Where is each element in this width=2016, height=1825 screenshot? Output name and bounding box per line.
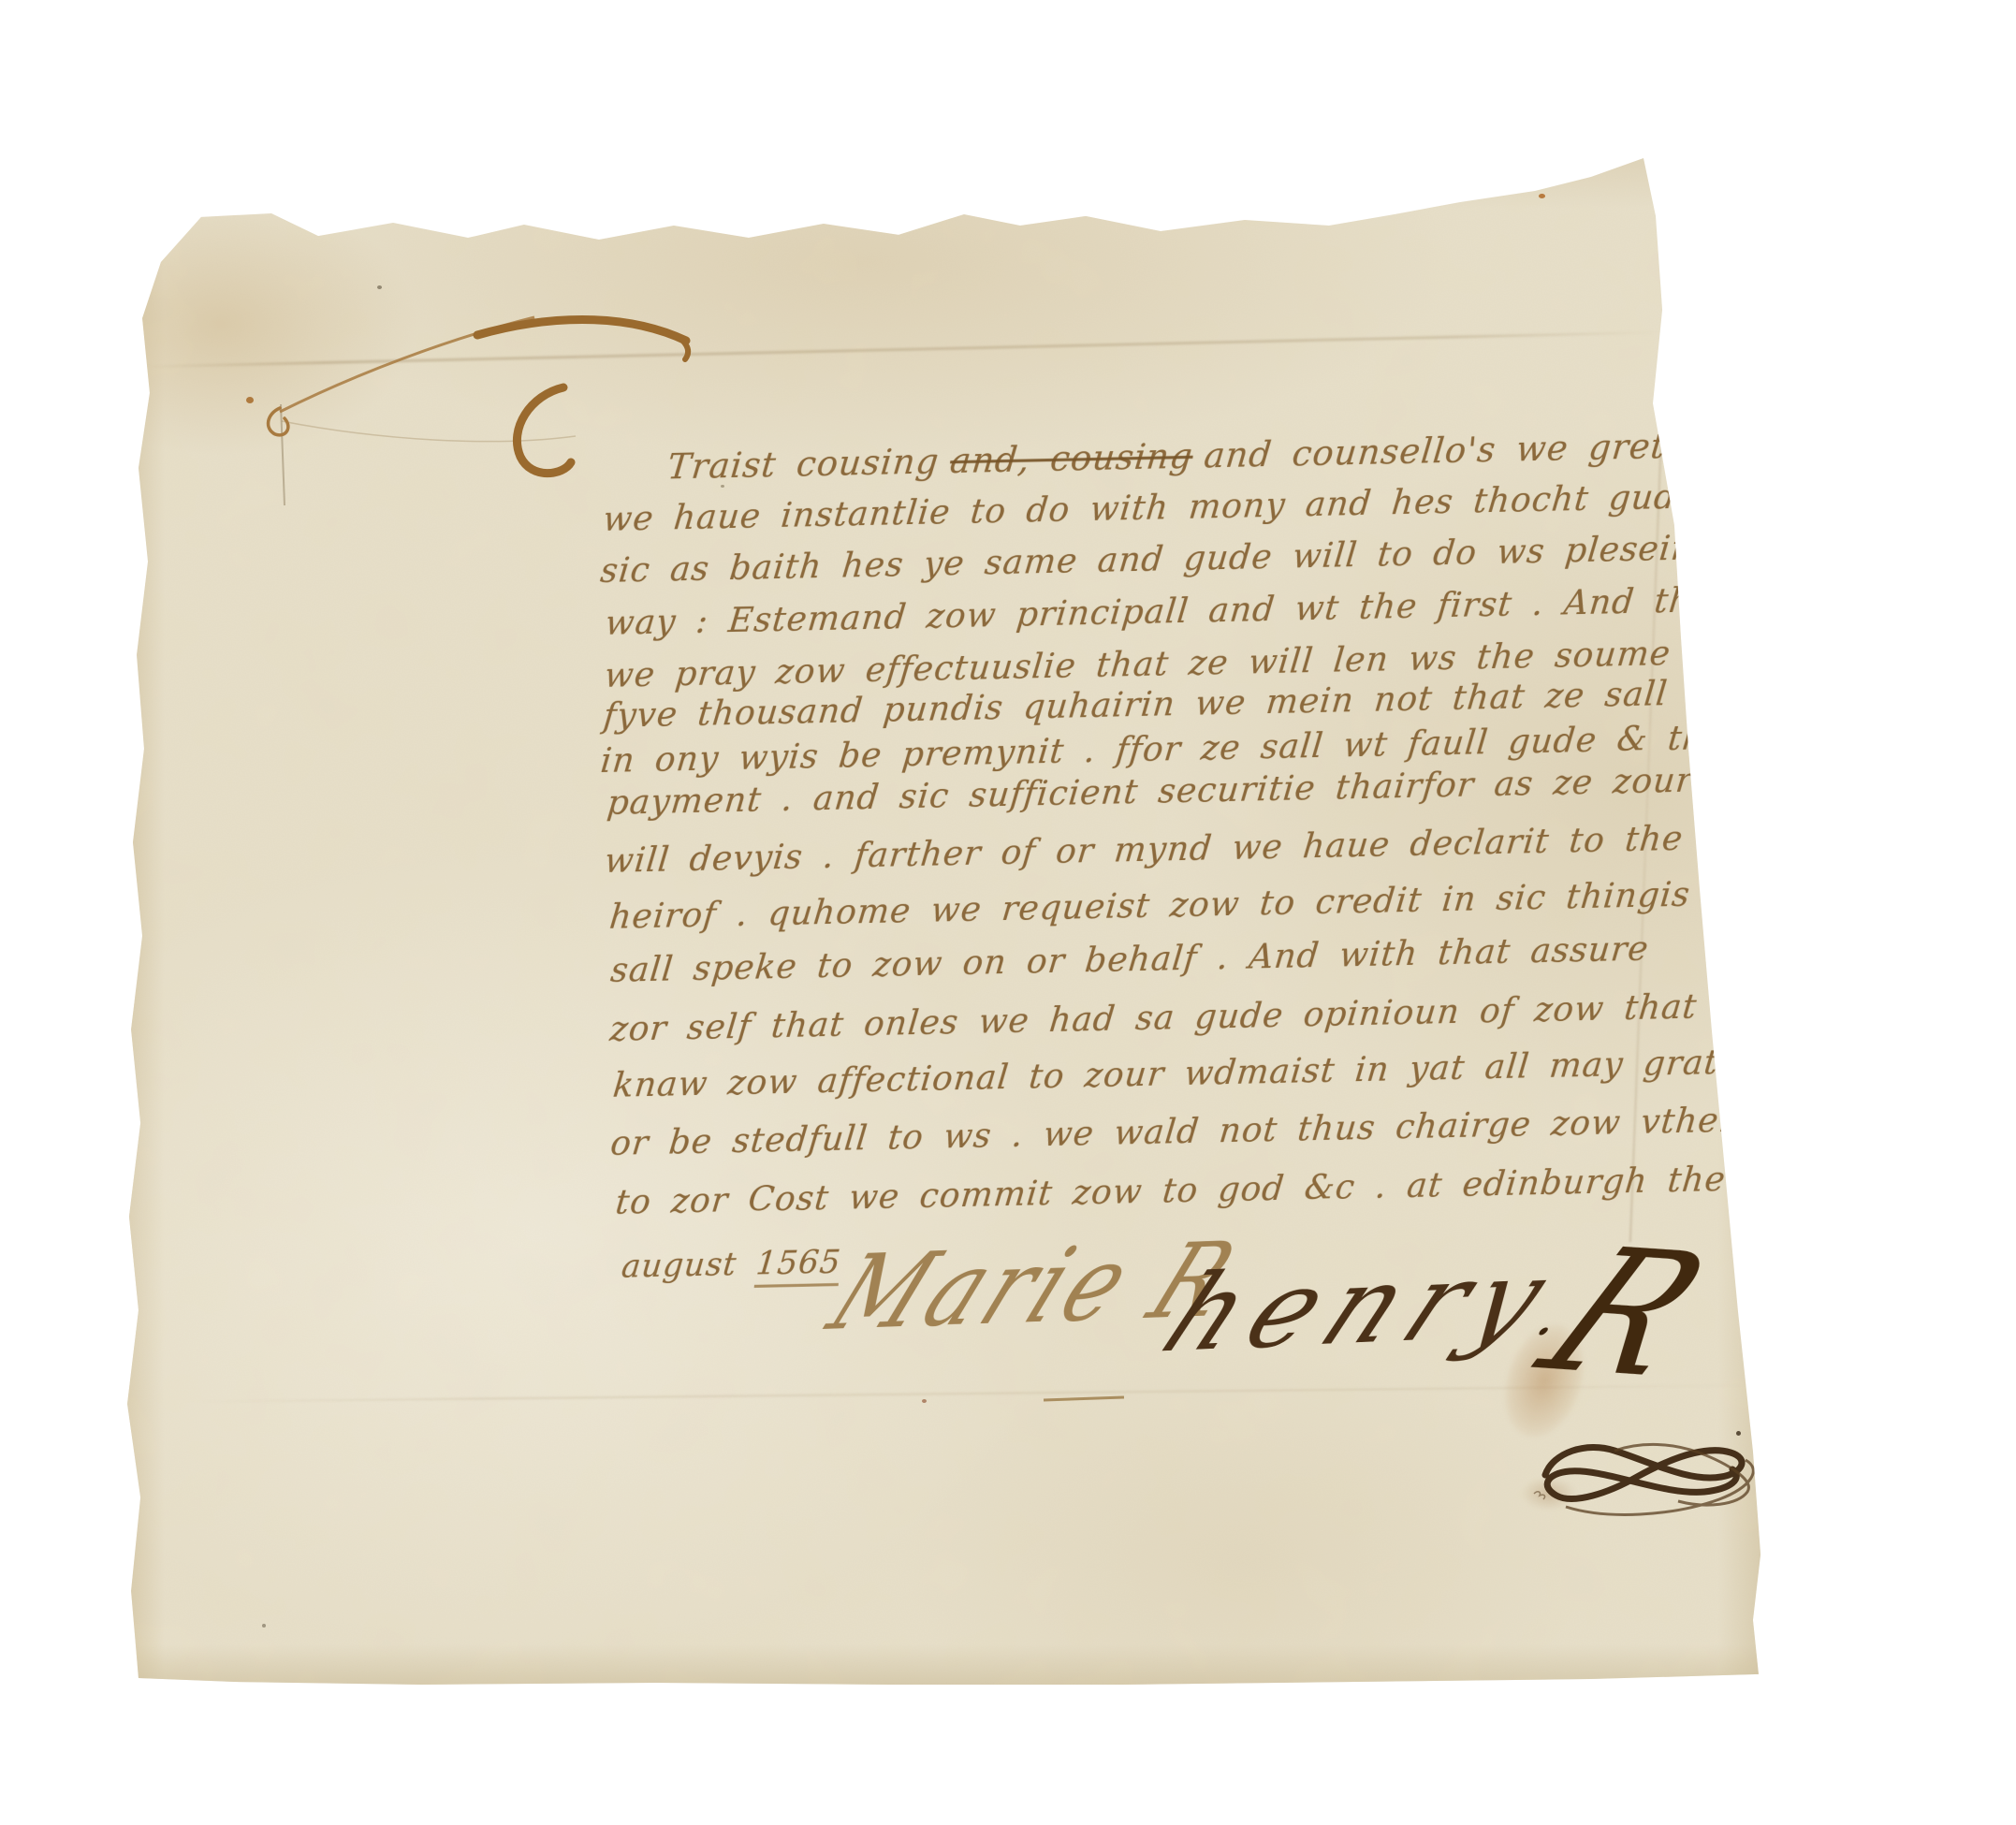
manuscript-line: will devyis . farther of or mynd we haue…: [603, 818, 1804, 880]
struck-words: and, cousing: [948, 436, 1195, 482]
manuscript-line: way : Estemand zow principall and wt the…: [604, 580, 1807, 643]
signature-marie-underline: [1044, 1396, 1124, 1402]
ink-speck: [262, 1624, 266, 1628]
date-year: 1565: [753, 1244, 842, 1288]
show-through-marks: [346, 176, 571, 241]
manuscript-line: sic as baith hes ye same and gude will t…: [599, 529, 1783, 591]
line-text: Traist cousing: [665, 442, 941, 488]
rust-speck: [246, 397, 254, 403]
manuscript-paper: Traist cousingand, cousingand counsello'…: [122, 139, 1771, 1685]
date-line: august 1565: [620, 1246, 842, 1285]
manuscript-line: zor self that onles we had sa gude opini…: [608, 987, 1770, 1049]
line-text: and counsello's we grete zow weill .: [1202, 421, 1921, 476]
rust-speck: [1539, 194, 1545, 198]
manuscript-line: knaw zow affectional to zour wdmaist in …: [611, 1044, 1787, 1105]
signature-knot-flourish: [1530, 1432, 1775, 1533]
manuscript-line: heirof . quhome we requeist zow to credi…: [607, 874, 1815, 937]
signature-henry-name: henry: [1145, 1236, 1580, 1377]
fold-crease-upper: [140, 331, 1661, 369]
manuscript-line: sall speke to zow on or behalf . And wit…: [609, 931, 1651, 990]
manuscript-line: or be stedfull to ws . we wald not thus …: [608, 1101, 1818, 1163]
ink-speck: [1736, 1431, 1741, 1436]
date-month: august: [620, 1246, 738, 1286]
ink-speck: [922, 1399, 927, 1403]
letter-body: Traist cousingand, cousingand counsello'…: [562, 386, 1854, 1348]
manuscript-line: Traist cousingand, cousingand counsello'…: [665, 423, 1921, 488]
manuscript-line: to zor Cost we commit zow to god &c . at…: [614, 1159, 1874, 1222]
manuscript-scan: Traist cousingand, cousingand counsello'…: [0, 0, 2016, 1825]
signature-henry: henry.R: [1125, 1228, 1726, 1418]
ink-smudge: [1521, 1477, 1577, 1511]
ink-speck: [377, 285, 382, 289]
